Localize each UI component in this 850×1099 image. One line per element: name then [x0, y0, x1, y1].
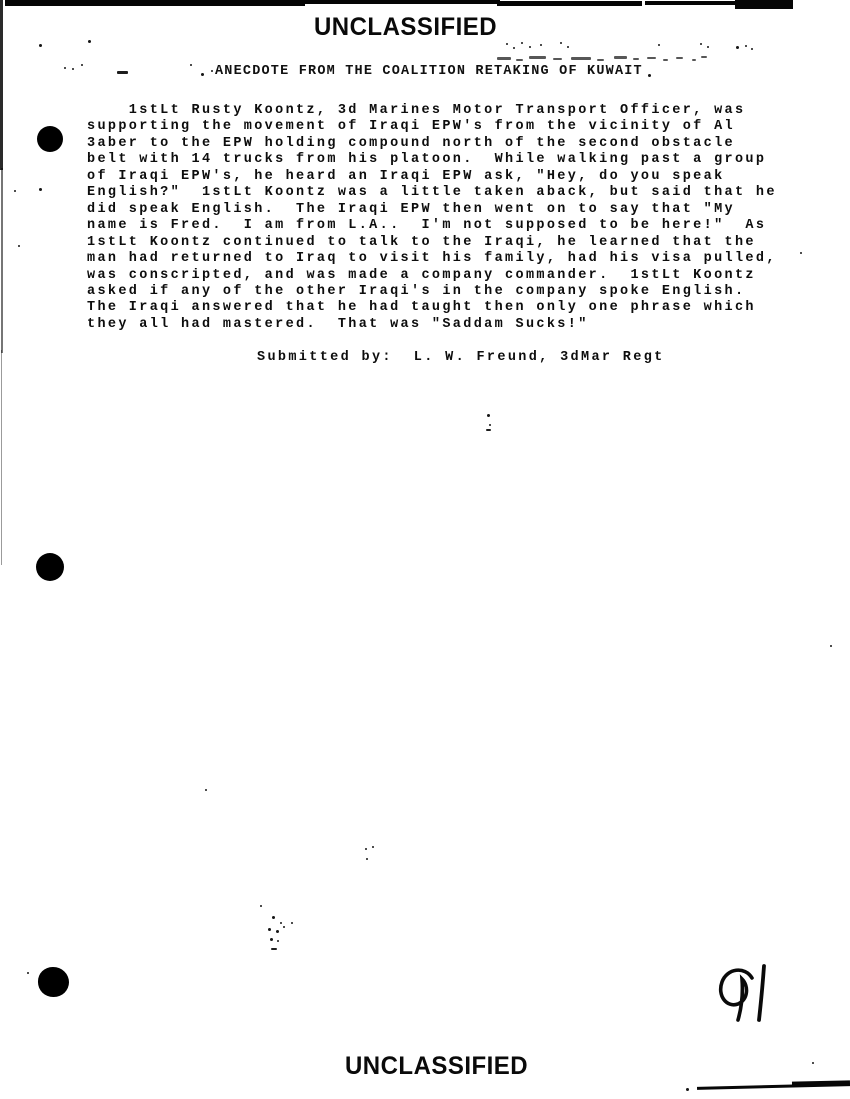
- scan-edge-left: [1, 350, 2, 565]
- scan-speckle: [366, 858, 368, 860]
- classification-banner-bottom: UNCLASSIFIED: [345, 1052, 528, 1081]
- scan-speckle: [14, 190, 16, 192]
- handwritten-page-number: [705, 958, 785, 1036]
- hole-punch-mark: [37, 126, 63, 152]
- scan-smudge: [614, 56, 627, 59]
- scan-speckle: [205, 789, 207, 791]
- scan-speckle: [88, 40, 91, 43]
- scan-speckle: [271, 948, 277, 950]
- submitted-by-line: Submitted by: L. W. Freund, 3dMar Regt: [257, 350, 665, 365]
- scan-speckle: [513, 47, 515, 49]
- scan-speckle: [117, 71, 128, 74]
- scan-smudge: [497, 57, 511, 60]
- scan-speckle: [658, 44, 660, 46]
- scan-speckle: [707, 46, 709, 48]
- scan-speckle: [27, 972, 29, 974]
- scanned-document-page: UNCLASSIFIED ANECDOTE FROM THE COALITION…: [0, 0, 850, 1099]
- scan-speckle: [270, 938, 273, 941]
- document-title: ANECDOTE FROM THE COALITION RETAKING OF …: [215, 64, 643, 79]
- scan-speckle: [567, 46, 569, 48]
- scan-smudge: [529, 56, 546, 59]
- scan-speckle: [486, 429, 491, 431]
- scan-edge-left: [0, 0, 3, 170]
- scan-smudge: [676, 57, 683, 59]
- scan-speckle: [277, 940, 279, 942]
- hole-punch-mark: [38, 967, 69, 997]
- scan-speckle: [280, 922, 282, 924]
- scan-speckle: [190, 64, 192, 66]
- scan-speckle: [830, 645, 832, 647]
- document-body-paragraph: 1stLt Rusty Koontz, 3d Marines Motor Tra…: [87, 103, 777, 333]
- scan-speckle: [211, 70, 213, 72]
- scan-speckle: [18, 245, 20, 247]
- scan-speckle: [506, 43, 508, 45]
- scan-speckle: [283, 926, 285, 928]
- scan-smudge: [692, 59, 696, 61]
- scan-speckle: [487, 414, 490, 417]
- scan-speckle: [736, 46, 739, 49]
- scan-speckle: [372, 846, 374, 848]
- scan-speckle: [648, 74, 651, 77]
- scan-speckle: [800, 252, 802, 254]
- scan-smudge: [553, 58, 562, 60]
- scan-speckle: [81, 64, 83, 66]
- scan-speckle: [745, 45, 747, 47]
- scan-smudge: [633, 58, 639, 60]
- scan-speckle: [529, 46, 531, 48]
- scan-smudge: [647, 57, 656, 59]
- scan-speckle: [489, 424, 491, 426]
- scan-speckle: [751, 48, 753, 50]
- scan-edge-top: [300, 0, 500, 4]
- scan-speckle: [276, 930, 279, 933]
- scan-smudge: [701, 56, 707, 58]
- scan-speckle: [64, 67, 66, 69]
- scan-edge-top: [5, 0, 305, 6]
- scan-speckle: [812, 1062, 814, 1064]
- scan-speckle: [365, 848, 367, 850]
- scan-smudge: [571, 57, 591, 60]
- scan-edge-top: [735, 0, 793, 9]
- scan-smudge: [597, 59, 604, 61]
- scan-speckle: [39, 44, 42, 47]
- scan-edge-top: [645, 1, 735, 5]
- scan-speckle: [560, 42, 562, 44]
- scan-speckle: [268, 928, 271, 931]
- scan-edge-left: [1, 168, 3, 353]
- hole-punch-mark: [36, 553, 64, 581]
- classification-banner-top: UNCLASSIFIED: [314, 13, 497, 42]
- scan-speckle: [521, 42, 523, 44]
- scan-speckle: [291, 922, 293, 924]
- scan-smudge: [663, 59, 668, 61]
- scan-edge-top: [497, 1, 642, 6]
- scan-speckle: [260, 905, 262, 907]
- scan-speckle: [201, 73, 204, 76]
- scan-speckle: [686, 1088, 689, 1091]
- scan-speckle: [700, 43, 702, 45]
- scan-speckle: [72, 68, 74, 70]
- scan-speckle: [540, 44, 542, 46]
- scan-speckle: [39, 188, 42, 191]
- scan-speckle: [272, 916, 275, 919]
- scan-smudge: [516, 59, 523, 61]
